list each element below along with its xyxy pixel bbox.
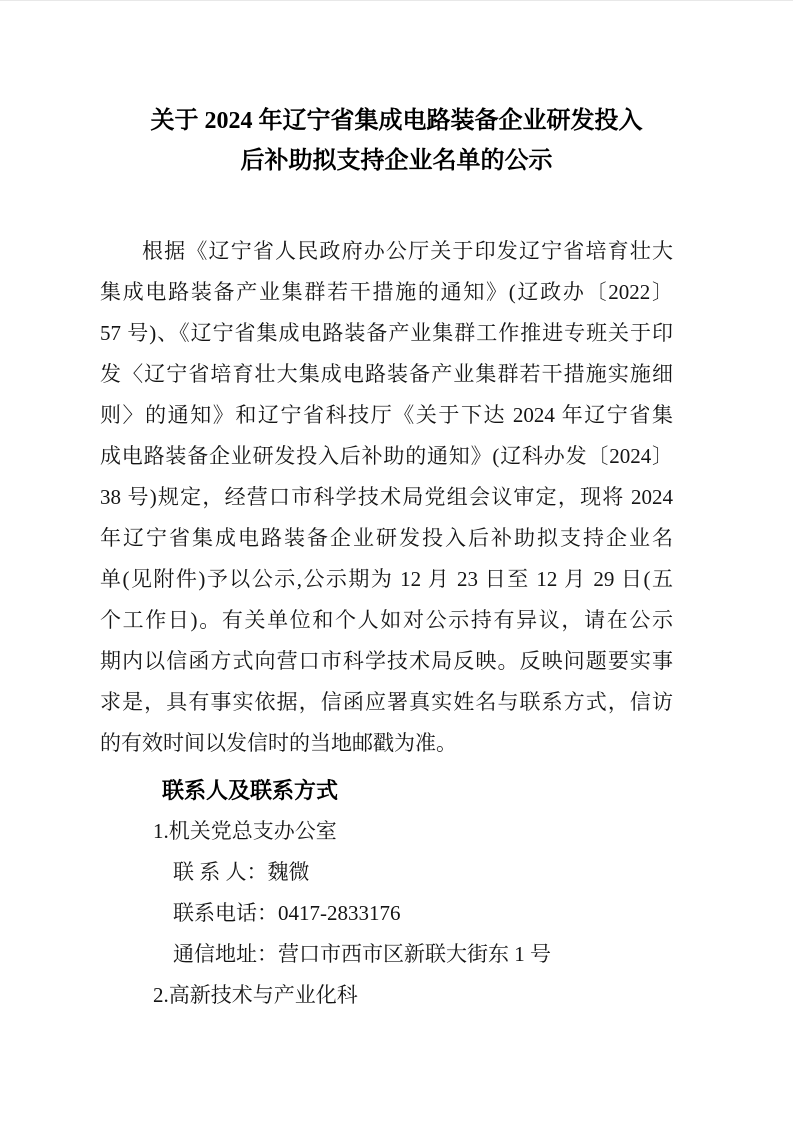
paragraph-line: 则〉的通知》和辽宁省科技厅《关于下达 2024 年辽宁省集: [100, 395, 673, 436]
paragraph-line: 年辽宁省集成电路装备企业研发投入后补助拟支持企业名: [100, 518, 673, 559]
document-title-line-2: 后补助拟支持企业名单的公示: [100, 141, 693, 181]
body-paragraph: 根据《辽宁省人民政府办公厅关于印发辽宁省培育壮大 集成电路装备产业集群若干措施的…: [100, 231, 673, 764]
contact-section-heading: 联系人及联系方式: [100, 770, 673, 811]
paragraph-line: 57 号)、《辽宁省集成电路装备产业集群工作推进专班关于印: [100, 313, 673, 354]
paragraph-line: 发〈辽宁省培育壮大集成电路装备产业集群若干措施实施细: [100, 354, 673, 395]
paragraph-line: 的有效时间以发信时的当地邮戳为准。: [100, 723, 673, 764]
notice-document-page: 关于 2024 年辽宁省集成电路装备企业研发投入 后补助拟支持企业名单的公示 根…: [0, 0, 793, 1122]
contact-item-label: 2.高新技术与产业化科: [100, 975, 673, 1016]
paragraph-line: 集成电路装备产业集群若干措施的通知》(辽政办〔2022〕: [100, 272, 673, 313]
document-title: 关于 2024 年辽宁省集成电路装备企业研发投入 后补助拟支持企业名单的公示: [100, 1, 693, 181]
contact-phone: 联系电话：0417-2833176: [100, 893, 673, 934]
paragraph-line: 成电路装备企业研发投入后补助的通知》(辽科办发〔2024〕: [100, 436, 673, 477]
paragraph-line: 求是，具有事实依据，信函应署真实姓名与联系方式，信访: [100, 682, 673, 723]
document-title-line-1: 关于 2024 年辽宁省集成电路装备企业研发投入: [100, 101, 693, 141]
paragraph-line: 38 号)规定，经营口市科学技术局党组会议审定，现将 2024: [100, 477, 673, 518]
contact-item-office-1: 1.机关党总支办公室 联 系 人：魏微 联系电话：0417-2833176 通信…: [100, 811, 673, 975]
contact-section: 联系人及联系方式 1.机关党总支办公室 联 系 人：魏微 联系电话：0417-2…: [100, 770, 673, 1016]
paragraph-line: 个工作日)。有关单位和个人如对公示持有异议，请在公示: [100, 600, 673, 641]
contact-item-label: 1.机关党总支办公室: [100, 811, 673, 852]
contact-item-office-2: 2.高新技术与产业化科: [100, 975, 673, 1016]
paragraph-line: 期内以信函方式向营口市科学技术局反映。反映问题要实事: [100, 641, 673, 682]
contact-person: 联 系 人：魏微: [100, 852, 673, 893]
paragraph-line: 根据《辽宁省人民政府办公厅关于印发辽宁省培育壮大: [100, 231, 673, 272]
paragraph-line: 单(见附件)予以公示,公示期为 12 月 23 日至 12 月 29 日(五: [100, 559, 673, 600]
contact-address: 通信地址：营口市西市区新联大街东 1 号: [100, 934, 673, 975]
